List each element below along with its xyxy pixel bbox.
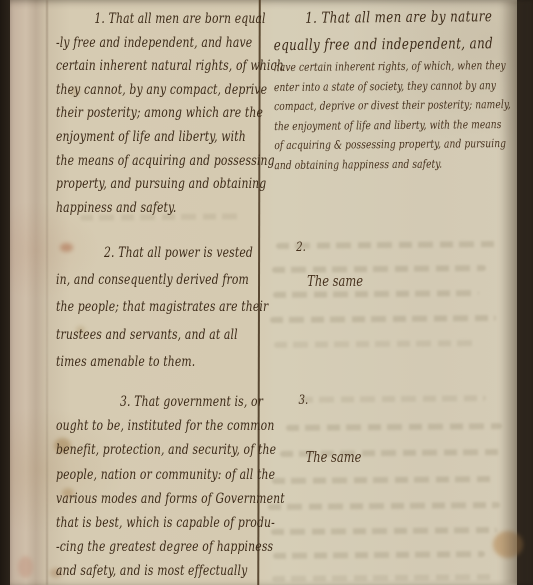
text-line: the means of acquiring and possessing	[56, 150, 266, 174]
right-section-2-note: The same	[307, 274, 363, 290]
text-line: and safety, and is most effectually	[56, 559, 266, 583]
text-line: 3. That government is, or	[120, 390, 266, 414]
text-line: -cing the greatest degree of happiness	[56, 535, 266, 559]
bleed-through-line	[273, 551, 485, 559]
foxing-stain	[18, 556, 33, 578]
scan-edge-right	[500, 0, 533, 585]
bleed-through-line	[276, 241, 498, 249]
text-line: their posterity; among which are the	[56, 102, 266, 126]
bleed-through-line	[286, 423, 502, 431]
text-line: that is best, which is capable of produ-	[56, 511, 266, 535]
text-line: and obtaining happiness and safety.	[274, 154, 523, 176]
left-section-2: 2. That all power is vestedin, and conse…	[56, 240, 266, 376]
text-line: benefit, protection, and security, of th…	[56, 438, 266, 462]
text-line: the people; that magistrates are their	[56, 294, 266, 321]
text-line: 1. That all men are born equal	[94, 8, 265, 32]
text-line: they cannot, by any compact, deprive	[56, 79, 266, 103]
text-line: certain inherent natural rights, of whic…	[56, 55, 266, 79]
text-line: enjoyment of life and liberty, with	[56, 126, 266, 150]
text-line: of acquiring & possessing property, and …	[274, 134, 523, 156]
text-line: happiness and safety.	[56, 197, 266, 221]
text-line: 1. That all men are by nature	[305, 3, 522, 31]
text-line: ought to be, instituted for the common	[56, 414, 266, 438]
manuscript-paper: 1. That all men are born equal-ly free a…	[10, 0, 517, 585]
scan-edge-left	[0, 0, 10, 585]
bleed-through-line	[300, 395, 486, 403]
text-line: compact, deprive or divest their posteri…	[274, 95, 523, 117]
text-line: property, and pursuing and obtaining	[56, 173, 266, 197]
text-line: enter into a state of society, they cann…	[274, 75, 523, 97]
text-line: people, nation or community: of all the	[56, 463, 266, 487]
left-section-1: 1. That all men are born equal-ly free a…	[56, 8, 266, 220]
right-section-1: 1. That all men are by natureequally fre…	[274, 3, 524, 176]
bleed-through-line	[274, 340, 474, 348]
bleed-through-line	[271, 527, 497, 535]
left-section-3: 3. That government is, orought to be, in…	[56, 390, 266, 584]
bleed-through-line	[270, 315, 496, 323]
bleed-through-line	[268, 502, 500, 510]
text-line: in, and consequently derived from	[56, 267, 266, 294]
bleed-through-line	[273, 290, 479, 298]
bleed-through-line	[272, 265, 486, 273]
text-line: have certain inherent rights, of which, …	[274, 56, 523, 78]
text-line: trustees and servants, and at all	[56, 322, 266, 349]
right-section-2-number: 2.	[296, 240, 306, 255]
right-section-3-number: 3.	[298, 393, 308, 408]
bleed-through-line	[272, 476, 494, 484]
bleed-through-line	[272, 574, 494, 582]
text-line: times amenable to them.	[56, 349, 266, 376]
text-line: -ly free and independent, and have	[56, 32, 266, 56]
text-line: various modes and forms of Government	[56, 487, 266, 511]
text-line: equally free and independent, and	[274, 29, 523, 58]
text-line: 2. That all power is vested	[104, 240, 266, 267]
right-section-3-note: The same	[306, 450, 362, 466]
manuscript-scan: 1. That all men are born equal-ly free a…	[0, 0, 533, 585]
paper-fold-crease	[46, 0, 48, 585]
text-line: the enjoyment of life and liberty, with …	[274, 115, 523, 137]
